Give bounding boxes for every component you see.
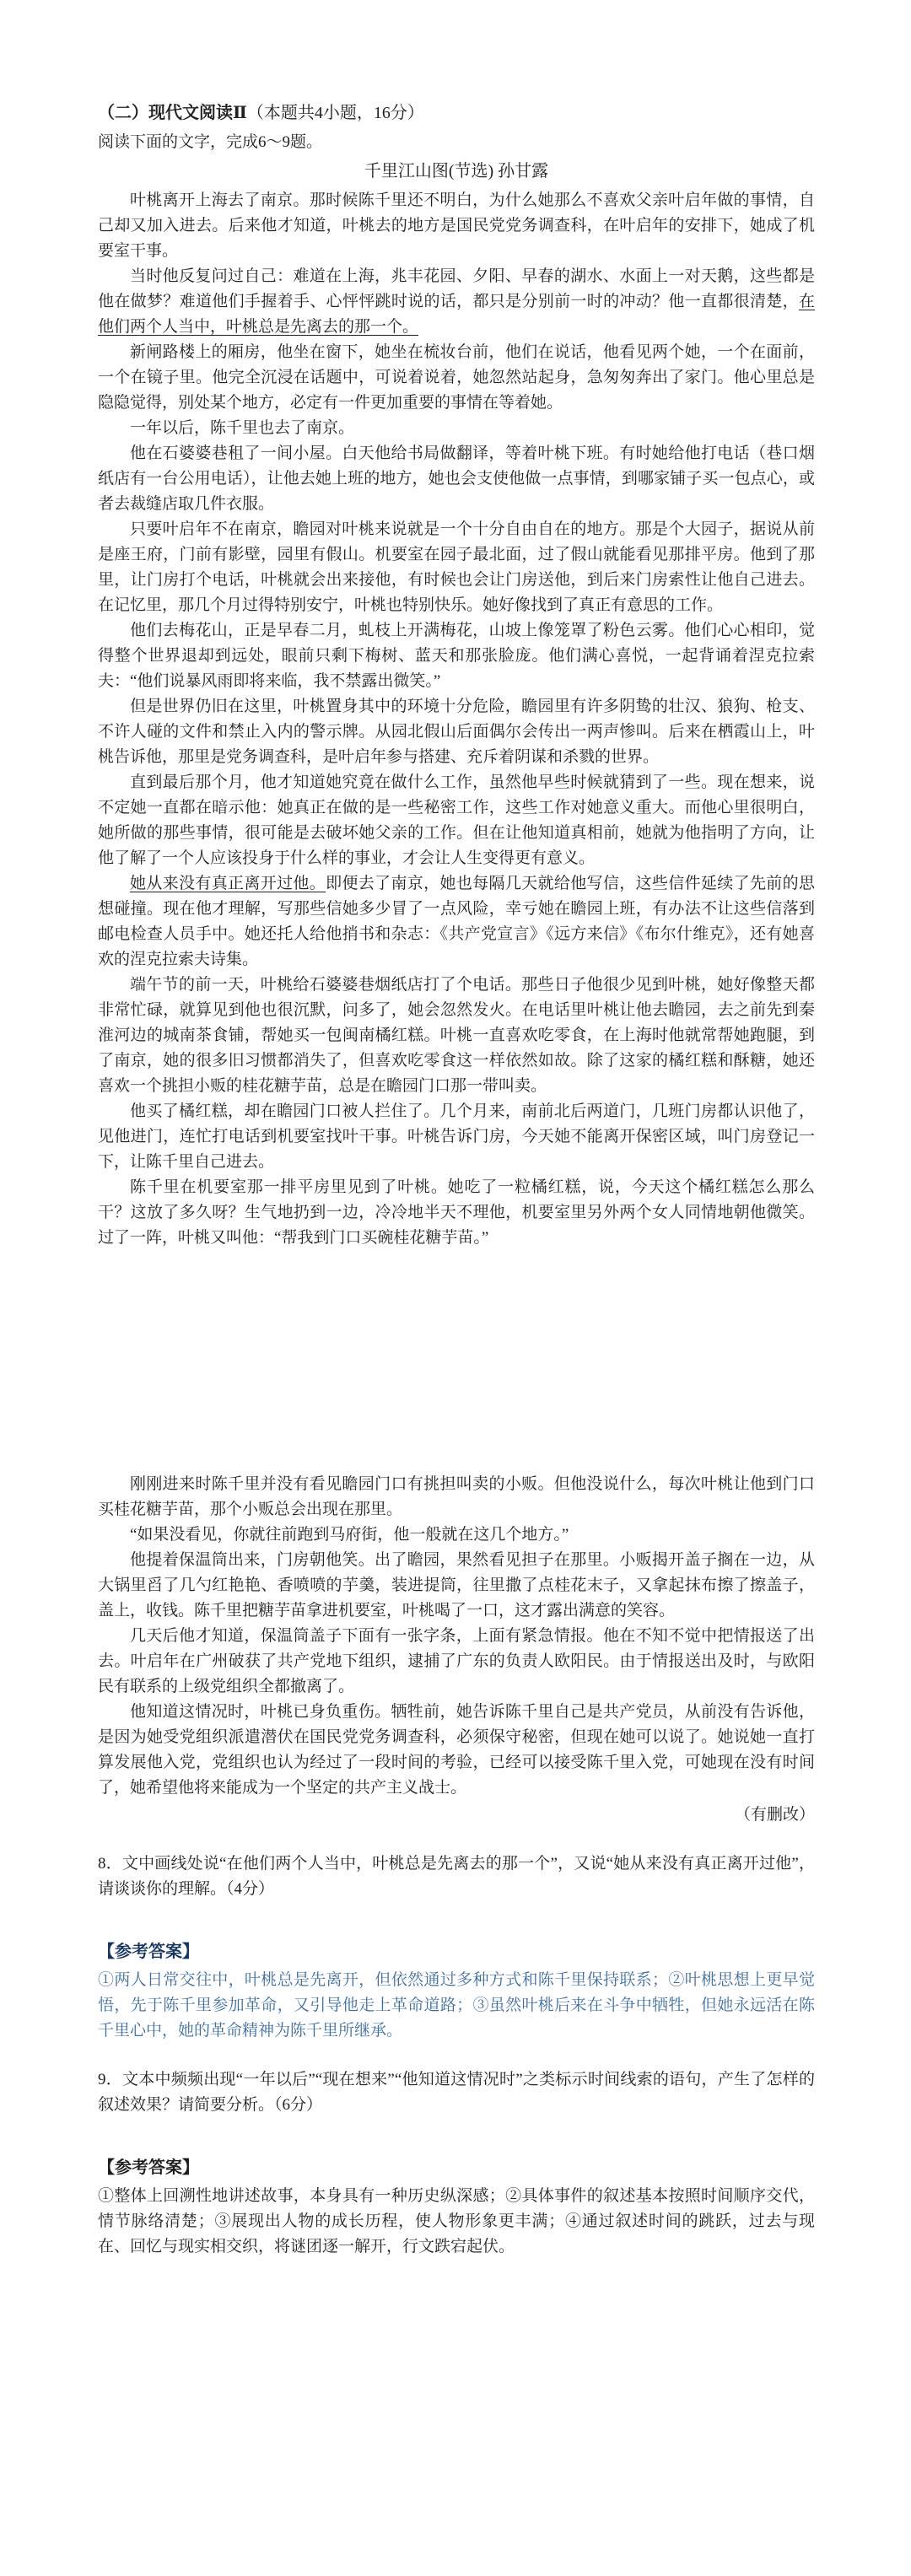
answer-text-q8: ①两人日常交往中，叶桃总是先离开，但依然通过多种方式和陈千里保持联系；②叶桃思想… [98, 1968, 815, 2044]
source-note: （有删改） [98, 1803, 815, 1828]
passage-paragraph: “如果没看见，你就往前跑到马府街，他一般就在这几个地方。” [98, 1522, 815, 1548]
section-title: （二）现代文阅读Ⅱ [98, 104, 247, 122]
answer-text-q9: ①整体上回溯性地讲述故事，本身具有一种历史纵深感；②具体事件的叙述基本按照时间顺… [98, 2184, 815, 2260]
underlined-text: 她从来没有真正离开过他。 [130, 875, 326, 892]
paragraph-text: 当时他反复问过自己：难道在上海，兆丰花园、夕阳、早春的湖水、水面上一对天鹅，这些… [98, 267, 815, 310]
passage-paragraph: 直到最后那个月，他才知道她究竟在做什么工作，虽然他早些时候就猜到了一些。现在想来… [98, 770, 815, 871]
passage-paragraph: 当时他反复问过自己：难道在上海，兆丰花园、夕阳、早春的湖水、水面上一对天鹅，这些… [98, 264, 815, 340]
passage-paragraph: 他知道这情况时，叶桃已身负重伤。牺牲前，她告诉陈千里自己是共产党员，从前没有告诉… [98, 1700, 815, 1801]
passage-paragraph: 她从来没有真正离开过他。即便去了南京，她也每隔几天就给他写信，这些信件延续了先前… [98, 871, 815, 973]
passage-paragraph: 端午节的前一天，叶桃给石婆婆巷烟纸店打了个电话。那些日子他很少见到叶桃，她好像整… [98, 973, 815, 1099]
reading-instruction: 阅读下面的文字，完成6～9题。 [98, 129, 815, 156]
section-heading: （二）现代文阅读Ⅱ（本题共4小题，16分） [98, 100, 815, 127]
exam-document-page: （二）现代文阅读Ⅱ（本题共4小题，16分） 阅读下面的文字，完成6～9题。 千里… [0, 0, 911, 2576]
passage-title: 千里江山图(节选) 孙甘露 [98, 158, 815, 185]
passage-paragraph: 他提着保温筒出来，门房朝他笑。出了瞻园，果然看见担子在那里。小贩揭开盖子搁在一边… [98, 1548, 815, 1624]
question-9: 9．文本中频频出现“一年以后”“现在想来”“他知道这情况时”之类标示时间线索的语… [98, 2067, 815, 2118]
passage-paragraph: 一年以后，陈千里也去了南京。 [98, 416, 815, 441]
passage-paragraph: 几天后他才知道，保温筒盖子下面有一张字条，上面有紧急情报。他在不知不觉中把情报送… [98, 1624, 815, 1700]
passage-paragraph: 他在石婆婆巷租了一间小屋。白天他给书局做翻译，等着叶桃下班。有时她给他打电话（巷… [98, 441, 815, 517]
passage-paragraph: 刚刚进来时陈千里并没有看见瞻园门口有挑担叫卖的小贩。但他没说什么，每次叶桃让他到… [98, 1472, 815, 1522]
passage-paragraph: 陈千里在机要室那一排平房里见到了叶桃。她吃了一粒橘红糕，说，今天这个橘红糕怎么那… [98, 1175, 815, 1251]
question-8: 8．文中画线处说“在他们两个人当中，叶桃总是先离去的那一个”，又说“她从来没有真… [98, 1851, 815, 1902]
answer-header-q8: 【参考答案】 [98, 1939, 815, 1964]
passage-paragraph: 他们去梅花山，正是早春二月，虬枝上开满梅花，山坡上像笼罩了粉色云雾。他们心心相印… [98, 618, 815, 694]
passage-paragraph: 叶桃离开上海去了南京。那时候陈千里还不明白，为什么她那么不喜欢父亲叶启年做的事情… [98, 188, 815, 264]
passage-paragraph: 新闸路楼上的厢房，他坐在窗下，她坐在梳妆台前，他们在说话，他看见两个她，一个在面… [98, 340, 815, 416]
answer-header-q9: 【参考答案】 [98, 2155, 815, 2180]
passage-paragraph: 他买了橘红糕，却在瞻园门口被人拦住了。几个月来，南前北后两道门，几班门房都认识他… [98, 1099, 815, 1175]
section-title-meta: （本题共4小题，16分） [247, 104, 424, 122]
page-break-gap [98, 1251, 815, 1472]
passage-paragraph: 但是世界仍旧在这里，叶桃置身其中的环境十分危险，瞻园里有许多阴鸷的壮汉、狼狗、枪… [98, 694, 815, 770]
passage-paragraph: 只要叶启年不在南京，瞻园对叶桃来说就是一个十分自由自在的地方。那是个大园子，据说… [98, 517, 815, 618]
document-content: （二）现代文阅读Ⅱ（本题共4小题，16分） 阅读下面的文字，完成6～9题。 千里… [98, 100, 815, 2260]
